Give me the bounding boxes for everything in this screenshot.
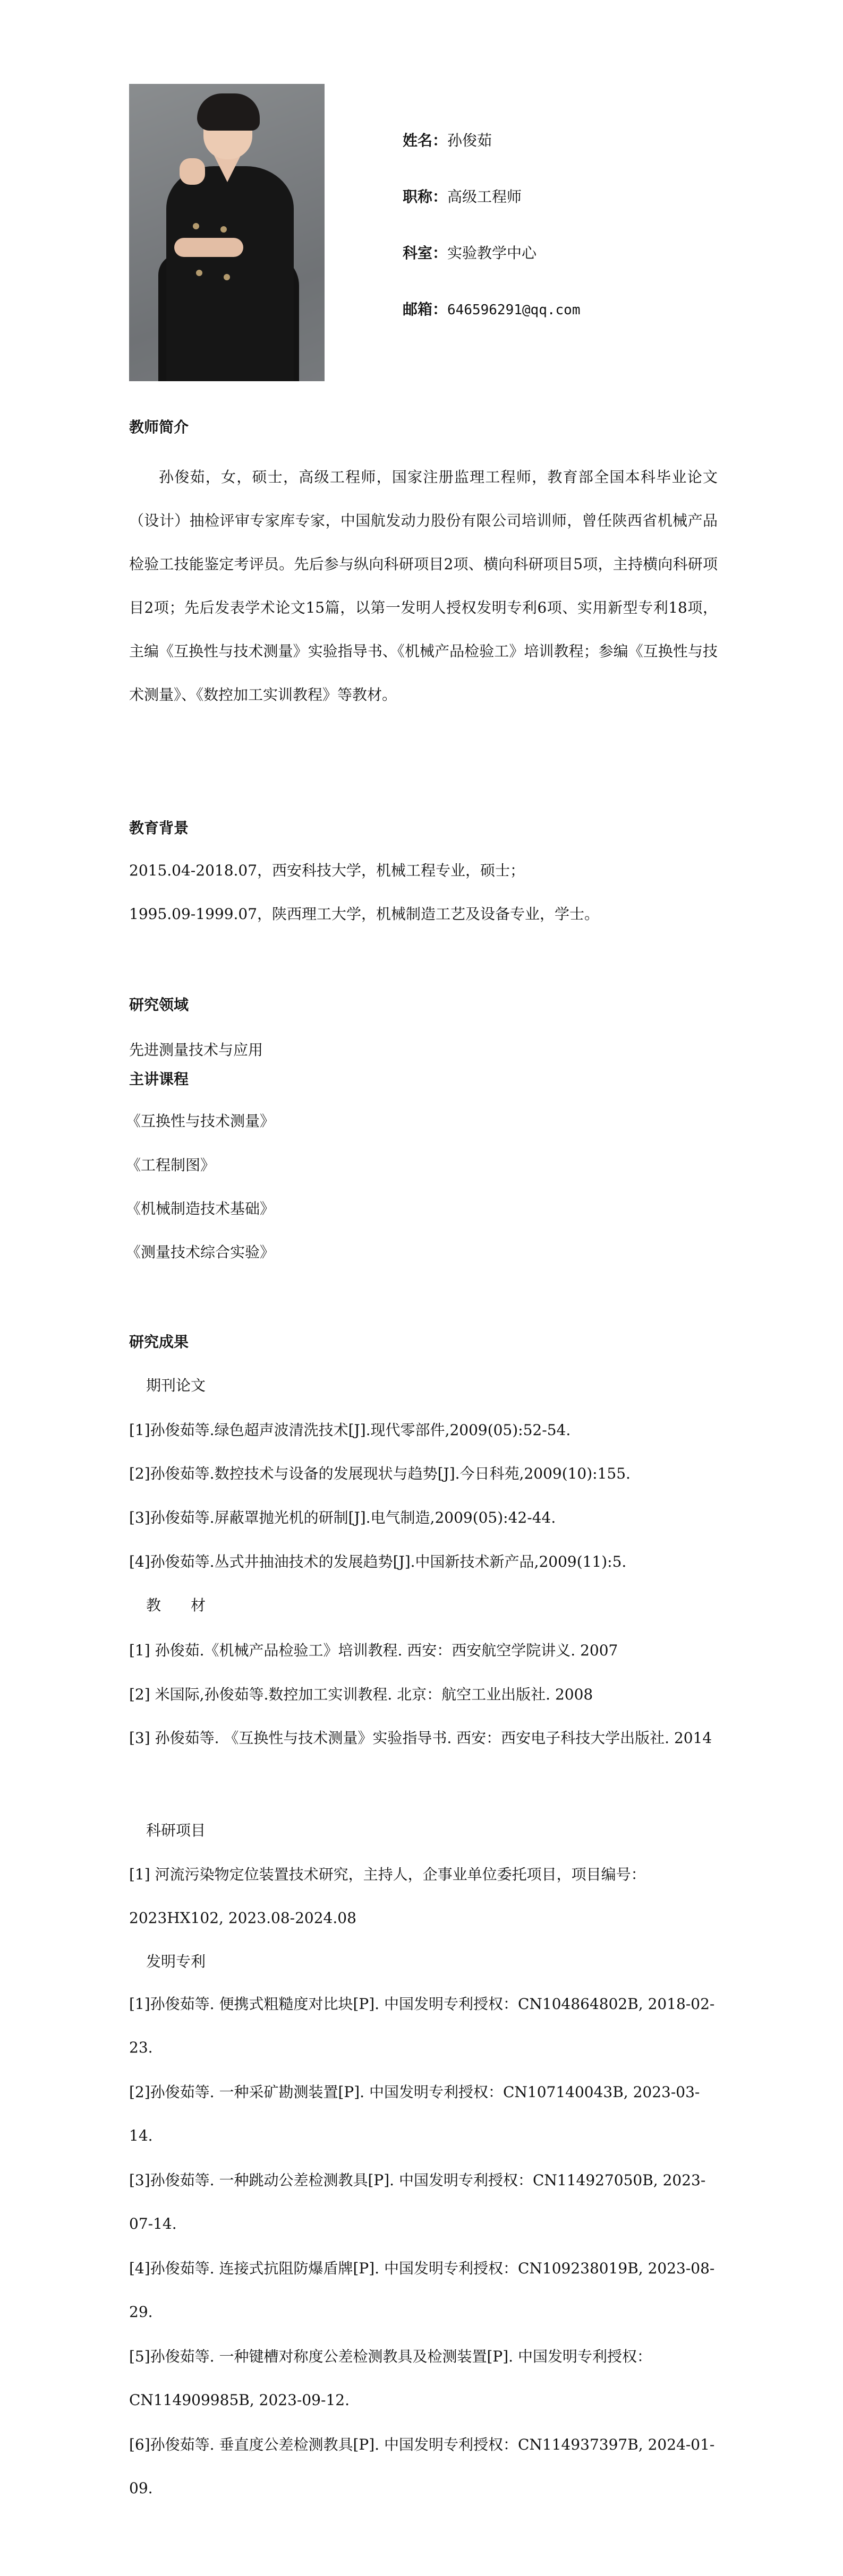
paper-item: [3]孙俊茹等.屏蔽罩抛光机的研制[J].电气制造,2009(05):42-44… <box>129 1509 556 1527</box>
intro-paragraph: 孙俊茹，女，硕士，高级工程师，国家注册监理工程师，教育部全国本科毕业论文（设计）… <box>129 456 718 717</box>
info-row-department: 科室：实验教学中心 <box>403 244 580 262</box>
project-item: [1] 河流污染物定位装置技术研究，主持人，企事业单位委托项目，项目编号：202… <box>129 1853 718 1940</box>
photo-figure-body <box>166 166 294 381</box>
photo-button-detail <box>193 223 199 229</box>
photo-figure-arm <box>174 238 243 257</box>
patent-item: [1]孙俊茹等. 便携式粗糙度对比块[P]. 中国发明专利授权：CN104864… <box>129 1982 718 2070</box>
textbook-item: [3] 孙俊茹等. 《互换性与技术测量》实验指导书. 西安：西安电子科技大学出版… <box>129 1716 718 1760</box>
info-label-email: 邮箱： <box>403 300 447 318</box>
paper-item: [4]孙俊茹等.丛式井抽油技术的发展趋势[J].中国新技术新产品,2009(11… <box>129 1553 626 1571</box>
section-title-intro: 教师简介 <box>129 418 189 436</box>
patent-item: [3]孙俊茹等. 一种跳动公差检测教具[P]. 中国发明专利授权：CN11492… <box>129 2159 718 2246</box>
section-title-education: 教育背景 <box>129 819 189 837</box>
patent-item: [2]孙俊茹等. 一种采矿勘测装置[P]. 中国发明专利授权：CN1071400… <box>129 2071 718 2158</box>
course-item: 《工程制图》 <box>126 1156 215 1174</box>
textbook-item: [2] 米国际,孙俊茹等.数控加工实训教程. 北京：航空工业出版社. 2008 <box>129 1686 593 1704</box>
profile-info-list: 姓名：孙俊茹 职称：高级工程师 科室：实验教学中心 邮箱：646596291@q… <box>403 132 580 357</box>
info-label-title: 职称： <box>403 188 447 205</box>
paper-item: [2]孙俊茹等.数控技术与设备的发展现状与趋势[J].今日科苑,2009(10)… <box>129 1465 631 1483</box>
info-value-title: 高级工程师 <box>447 188 522 205</box>
textbook-item: [1] 孙俊茹.《机械产品检验工》培训教程. 西安：西安航空学院讲义. 2007 <box>129 1642 618 1660</box>
course-item: 《互换性与技术测量》 <box>126 1112 275 1130</box>
photo-button-detail <box>224 274 230 280</box>
section-title-research-field: 研究领域 <box>129 996 189 1014</box>
subsection-title-textbooks: 教 材 <box>146 1596 206 1615</box>
profile-header: 姓名：孙俊茹 职称：高级工程师 科室：实验教学中心 邮箱：646596291@q… <box>129 84 718 381</box>
info-row-title: 职称：高级工程师 <box>403 188 580 206</box>
course-item: 《测量技术综合实验》 <box>126 1243 275 1261</box>
info-label-department: 科室： <box>403 244 447 262</box>
patent-item: [5]孙俊茹等. 一种键槽对称度公差检测教具及检测装置[P]. 中国发明专利授权… <box>129 2335 718 2422</box>
education-item: 1995.09-1999.07，陕西理工大学，机械制造工艺及设备专业，学士。 <box>129 905 599 923</box>
info-row-name: 姓名：孙俊茹 <box>403 132 580 150</box>
section-title-achievements: 研究成果 <box>129 1333 189 1351</box>
course-item: 《机械制造技术基础》 <box>126 1200 275 1218</box>
patent-item: [6]孙俊茹等. 垂直度公差检测教具[P]. 中国发明专利授权：CN114937… <box>129 2423 718 2510</box>
subsection-title-papers: 期刊论文 <box>146 1377 206 1395</box>
patent-item: [4]孙俊茹等. 连接式抗阻防爆盾牌[P]. 中国发明专利授权：CN109238… <box>129 2247 718 2334</box>
info-value-department: 实验教学中心 <box>447 244 537 262</box>
research-field-text: 先进测量技术与应用 <box>129 1041 263 1059</box>
teacher-photo <box>129 84 325 381</box>
section-title-courses: 主讲课程 <box>129 1070 189 1088</box>
subsection-title-projects: 科研项目 <box>146 1822 206 1840</box>
photo-button-detail <box>220 226 227 233</box>
info-value-name: 孙俊茹 <box>447 132 492 149</box>
info-value-email[interactable]: 646596291@qq.com <box>447 302 580 318</box>
paper-item: [1]孙俊茹等.绿色超声波清洗技术[J].现代零部件,2009(05):52-5… <box>129 1421 570 1439</box>
photo-figure-hand <box>180 158 205 185</box>
photo-button-detail <box>196 270 202 276</box>
info-row-email: 邮箱：646596291@qq.com <box>403 300 580 319</box>
subsection-title-patents: 发明专利 <box>146 1953 206 1971</box>
photo-figure-hair <box>197 93 260 131</box>
education-item: 2015.04-2018.07，西安科技大学，机械工程专业，硕士； <box>129 862 525 880</box>
info-label-name: 姓名： <box>403 132 447 149</box>
